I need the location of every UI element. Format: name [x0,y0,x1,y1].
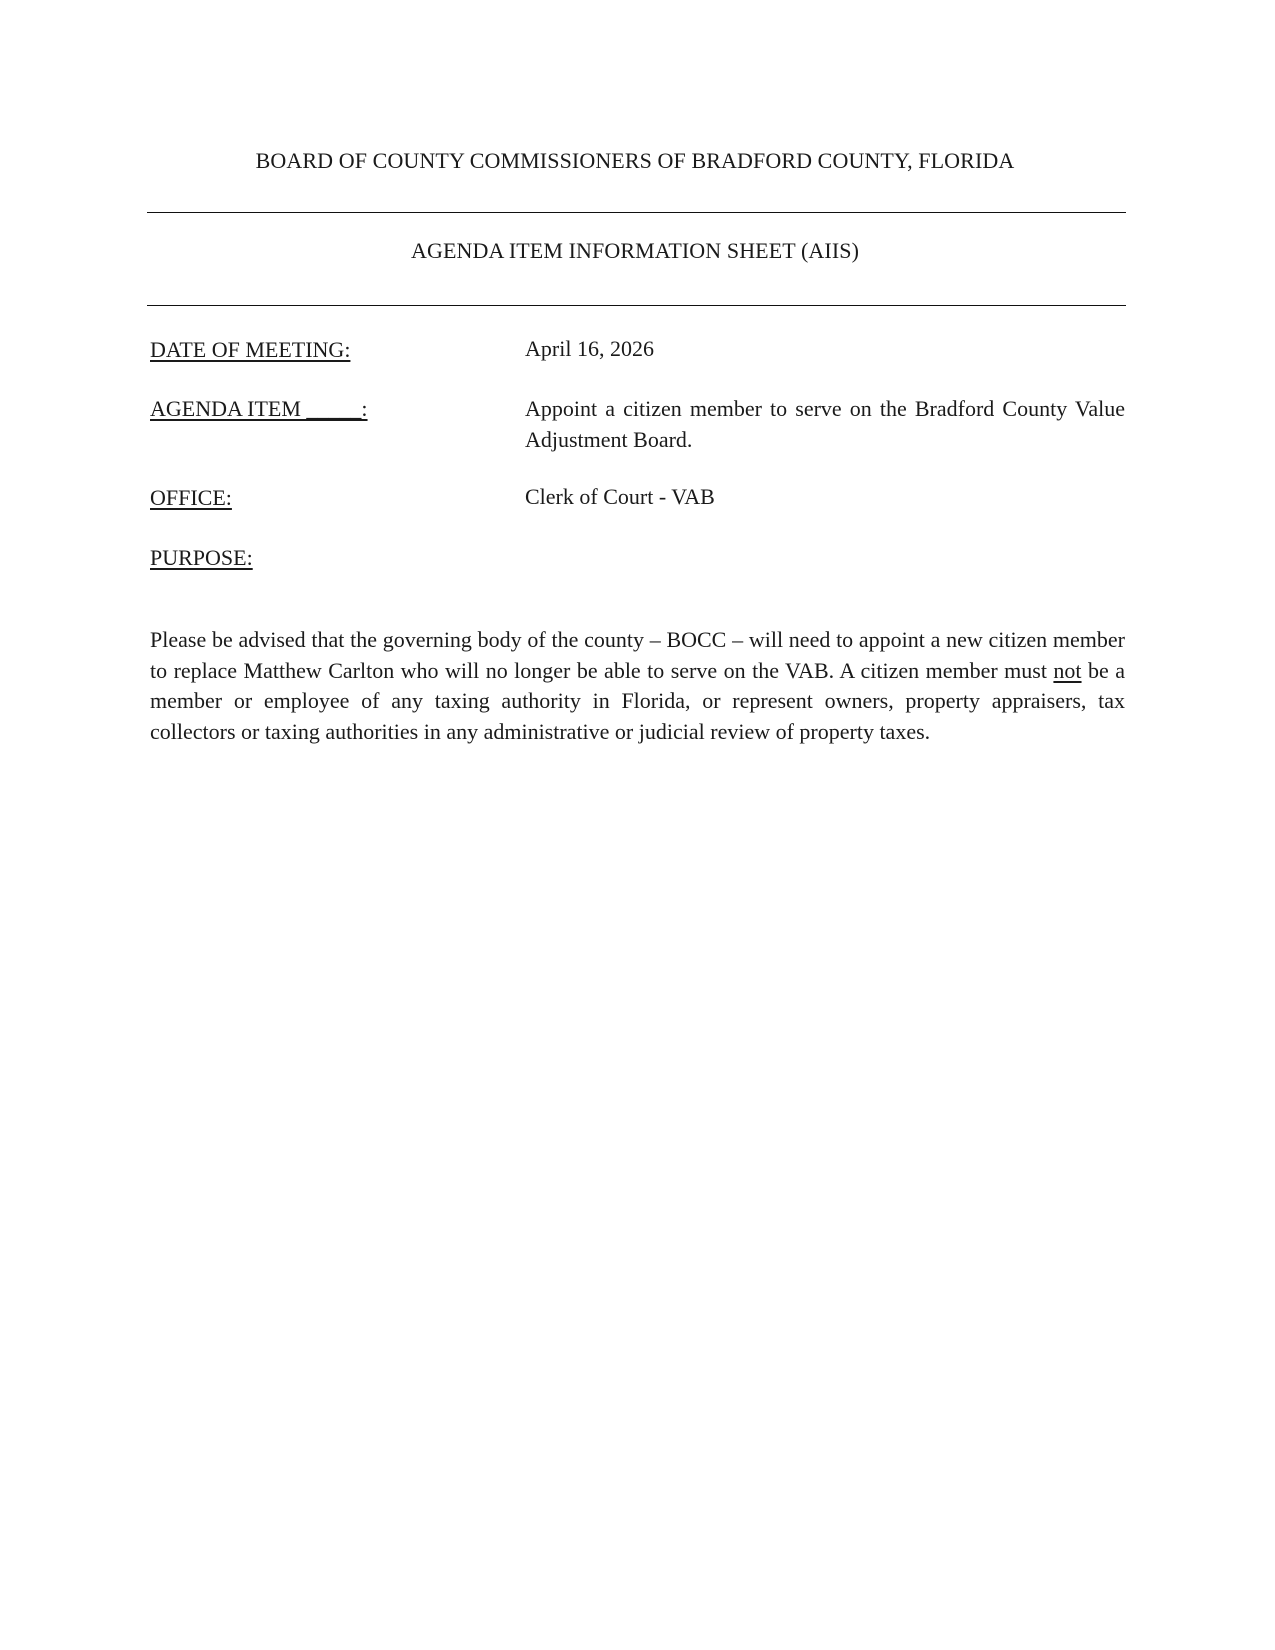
purpose-label: PURPOSE: [150,545,253,571]
document-page: BOARD OF COUNTY COMMISSIONERS OF BRADFOR… [0,0,1275,1650]
date-of-meeting-label: DATE OF MEETING: [150,337,350,363]
sheet-title: AGENDA ITEM INFORMATION SHEET (AIIS) [145,238,1125,264]
purpose-emphasis: not [1053,658,1081,683]
divider [147,305,1126,306]
date-of-meeting-value: April 16, 2026 [525,333,1125,364]
agenda-item-label: AGENDA ITEM _____: [150,396,368,422]
organization-heading: BOARD OF COUNTY COMMISSIONERS OF BRADFOR… [145,148,1125,174]
divider [147,212,1126,213]
office-label: OFFICE: [150,485,232,511]
purpose-text: Please be advised that the governing bod… [150,627,1125,683]
office-value: Clerk of Court - VAB [525,481,1125,512]
agenda-item-value: Appoint a citizen member to serve on the… [525,393,1125,455]
purpose-paragraph: Please be advised that the governing bod… [150,625,1125,747]
